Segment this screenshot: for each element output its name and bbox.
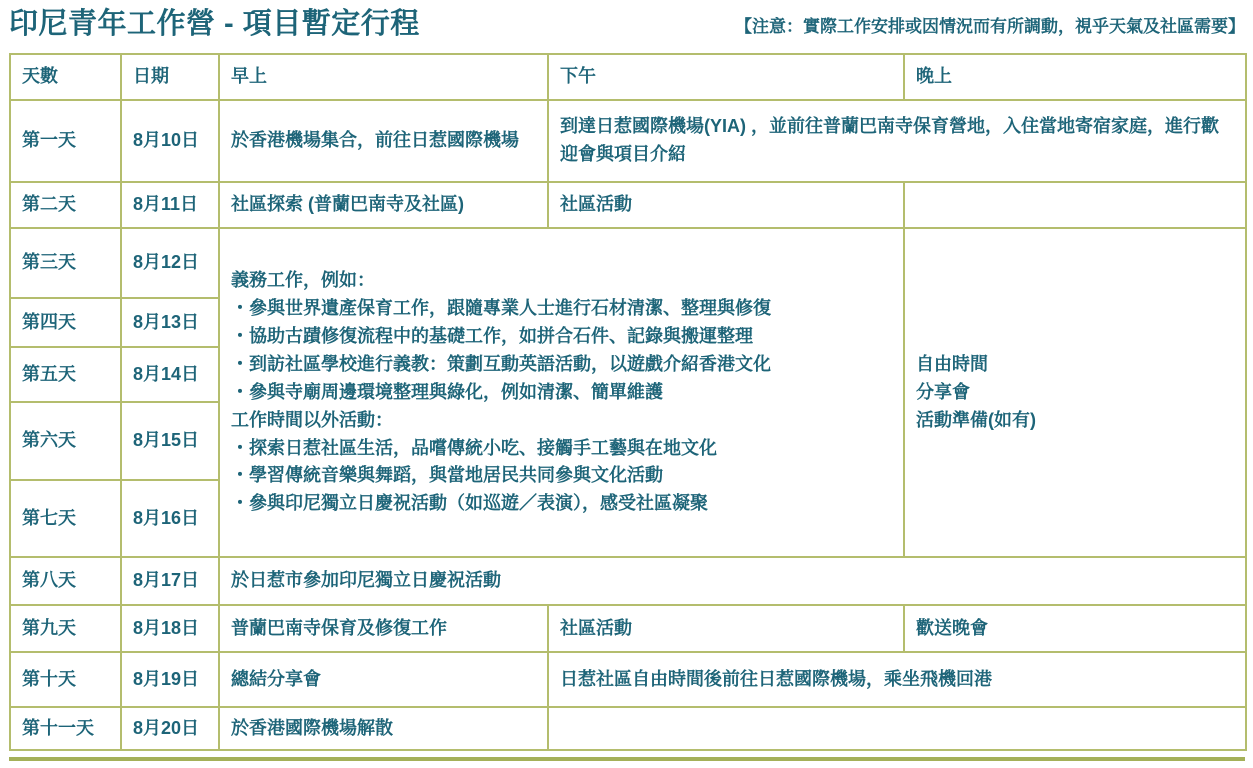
day-cell: 第三天 [10,228,121,298]
morning-cell: 社區探索 (普蘭巴南寺及社區) [219,182,548,228]
morning-cell: 於香港機場集合，前往日惹國際機場 [219,100,548,182]
table-row: 第九天 8月18日 普蘭巴南寺保育及修復工作 社區活動 歡送晚會 [10,605,1246,652]
table-row: 第一天 8月10日 於香港機場集合，前往日惹國際機場 到達日惹國際機場(YIA)… [10,100,1246,182]
col-header-date: 日期 [121,54,219,100]
day-cell: 第十一天 [10,707,121,750]
col-header-day: 天數 [10,54,121,100]
day-cell: 第八天 [10,557,121,605]
schedule-table: 天數 日期 早上 下午 晚上 第一天 8月10日 於香港機場集合，前往日惹國際機… [9,53,1247,751]
page-header: 印尼青年工作營 - 項目暫定行程 【注意：實際工作安排或因情況而有所調動，視乎天… [9,6,1245,42]
afternoon-cell: 社區活動 [548,605,904,652]
day-cell: 第二天 [10,182,121,228]
day-cell: 第七天 [10,480,121,557]
col-header-afternoon: 下午 [548,54,904,100]
day-cell: 第九天 [10,605,121,652]
table-row: 第八天 8月17日 於日惹市參加印尼獨立日慶祝活動 [10,557,1246,605]
date-cell: 8月16日 [121,480,219,557]
page-title: 印尼青年工作營 - 項目暫定行程 [9,6,420,42]
table-header-row: 天數 日期 早上 下午 晚上 [10,54,1246,100]
page: 印尼青年工作營 - 項目暫定行程 【注意：實際工作安排或因情況而有所調動，視乎天… [0,0,1253,768]
col-header-morning: 早上 [219,54,548,100]
morning-cell: 於香港國際機場解散 [219,707,548,750]
day-cell: 第一天 [10,100,121,182]
day-cell: 第六天 [10,402,121,480]
date-cell: 8月18日 [121,605,219,652]
date-cell: 8月20日 [121,707,219,750]
date-cell: 8月11日 [121,182,219,228]
evening-cell: 歡送晚會 [904,605,1246,652]
afternoon-cell: 社區活動 [548,182,904,228]
day-cell: 第四天 [10,298,121,347]
table-row: 第十一天 8月20日 於香港國際機場解散 [10,707,1246,750]
day-cell: 第五天 [10,347,121,402]
date-cell: 8月14日 [121,347,219,402]
date-cell: 8月19日 [121,652,219,707]
day-cell: 第十天 [10,652,121,707]
date-cell: 8月12日 [121,228,219,298]
afternoon-evening-cell: 日惹社區自由時間後前往日惹國際機場，乘坐飛機回港 [548,652,1246,707]
afternoon-evening-cell: 到達日惹國際機場(YIA) ，並前往普蘭巴南寺保育營地，入住當地寄宿家庭，進行歡… [548,100,1246,182]
schedule-note: 【注意：實際工作安排或因情況而有所調動，視乎天氣及社區需要】 [735,17,1245,42]
date-cell: 8月10日 [121,100,219,182]
table-bottom-rule [9,757,1245,761]
table-row: 第十天 8月19日 總結分享會 日惹社區自由時間後前往日惹國際機場，乘坐飛機回港 [10,652,1246,707]
volunteer-work-cell: 義務工作，例如： ・參與世界遺產保育工作，跟隨專業人士進行石材清潔、整理與修復 … [219,228,904,557]
afternoon-evening-cell [548,707,1246,750]
all-day-cell: 於日惹市參加印尼獨立日慶祝活動 [219,557,1246,605]
evening-merged-cell: 自由時間 分享會 活動準備(如有) [904,228,1246,557]
morning-cell: 普蘭巴南寺保育及修復工作 [219,605,548,652]
evening-cell [904,182,1246,228]
col-header-evening: 晚上 [904,54,1246,100]
date-cell: 8月17日 [121,557,219,605]
table-row: 第三天 8月12日 義務工作，例如： ・參與世界遺產保育工作，跟隨專業人士進行石… [10,228,1246,298]
date-cell: 8月15日 [121,402,219,480]
morning-cell: 總結分享會 [219,652,548,707]
date-cell: 8月13日 [121,298,219,347]
table-row: 第二天 8月11日 社區探索 (普蘭巴南寺及社區) 社區活動 [10,182,1246,228]
